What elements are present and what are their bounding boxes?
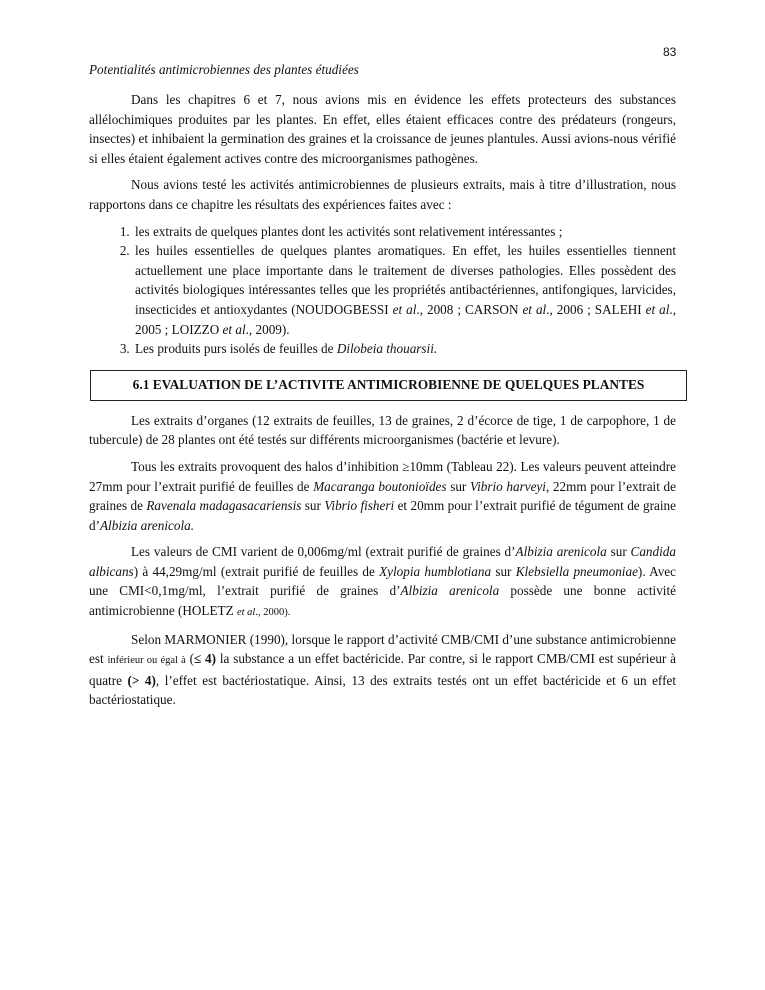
species-name: Vibrio fisheri xyxy=(324,498,394,513)
document-body: Dans les chapitres 6 et 7, nous avions m… xyxy=(89,90,676,717)
citation-etal: et al xyxy=(393,302,417,317)
bold-text: (> 4) xyxy=(127,673,155,688)
numbered-list: les extraits de quelques plantes dont le… xyxy=(89,222,676,359)
bold-text: ≤ 4) xyxy=(194,651,216,666)
list-item: les huiles essentielles de quelques plan… xyxy=(133,241,676,339)
text: Les valeurs de CMI varient de 0,006mg/ml… xyxy=(131,544,516,559)
list-item-text: ., 2009). xyxy=(246,322,290,337)
species-name: Ravenala madagasacariensis xyxy=(146,498,301,513)
text: , l’effet est bactériostatique. Ainsi, 1… xyxy=(89,673,676,708)
text: sur xyxy=(447,479,470,494)
citation-etal: et al xyxy=(237,607,255,618)
list-item: Les produits purs isolés de feuilles de … xyxy=(133,339,676,359)
intro-paragraph-2-text: Nous avions testé les activités antimicr… xyxy=(89,177,676,212)
running-header: Potentialités antimicrobiennes des plant… xyxy=(89,62,359,78)
section-paragraph-4: Selon MARMONIER (1990), lorsque le rappo… xyxy=(89,630,676,710)
section-heading: 6.1 EVALUATION DE L’ACTIVITE ANTIMICROBI… xyxy=(133,375,645,395)
text: ( xyxy=(186,651,194,666)
species-name: Vibrio harveyi xyxy=(470,479,546,494)
species-name: Dilobeia thouarsii. xyxy=(337,341,437,356)
species-name: Albizia arenicola xyxy=(401,583,500,598)
section-paragraph-3: Les valeurs de CMI varient de 0,006mg/ml… xyxy=(89,542,676,622)
text: sur xyxy=(491,564,516,579)
list-item-text: les extraits de quelques plantes dont le… xyxy=(135,224,562,239)
section-paragraph-1: Les extraits d’organes (12 extraits de f… xyxy=(89,411,676,450)
list-item-text: Les produits purs isolés de feuilles de xyxy=(135,341,337,356)
text: sur xyxy=(607,544,631,559)
section-heading-box: 6.1 EVALUATION DE L’ACTIVITE ANTIMICROBI… xyxy=(90,370,687,401)
intro-paragraph-2: Nous avions testé les activités antimicr… xyxy=(89,175,676,214)
text-small: inférieur ou égal à xyxy=(107,655,185,666)
species-name: Macaranga boutonioïdes xyxy=(313,479,446,494)
section-paragraph-2: Tous les extraits provoquent des halos d… xyxy=(89,457,676,535)
citation-etal: et al xyxy=(223,322,246,337)
page-number: 83 xyxy=(663,45,676,59)
list-item: les extraits de quelques plantes dont le… xyxy=(133,222,676,242)
species-name: Klebsiella pneumoniae xyxy=(516,564,638,579)
intro-paragraph-1: Dans les chapitres 6 et 7, nous avions m… xyxy=(89,90,676,168)
list-item-text: ., 2006 ; SALEHI xyxy=(546,302,645,317)
text: ) à 44,29mg/ml (extrait purifié de feuil… xyxy=(134,564,379,579)
text: ., 2000). xyxy=(255,607,290,618)
species-name: Xylopia humblotiana xyxy=(379,564,491,579)
citation-etal: et al xyxy=(646,302,670,317)
species-name: Albizia arenicola. xyxy=(100,518,194,533)
species-name: Albizia arenicola xyxy=(516,544,607,559)
text: sur xyxy=(301,498,324,513)
list-item-text: ., 2008 ; CARSON xyxy=(416,302,522,317)
citation-etal: et al xyxy=(522,302,546,317)
